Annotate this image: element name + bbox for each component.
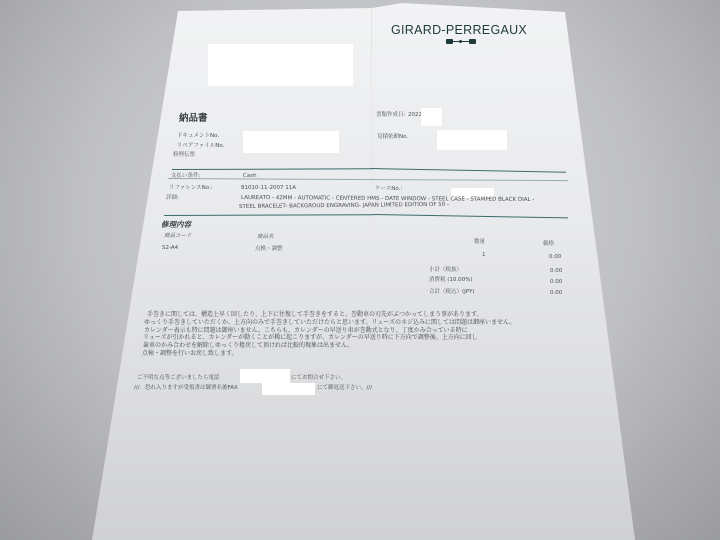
document-title: 納品書 xyxy=(179,110,208,124)
tax-value: 0.00 xyxy=(550,280,562,286)
repair-file-no-label: リペアファイルNo. xyxy=(177,144,224,150)
brand-logo-text: GIRARD-PERREGAUX xyxy=(391,23,527,37)
repair-section-title: 修理内容 xyxy=(161,219,191,230)
total-value: 0.00 xyxy=(550,291,562,297)
phone-contact-suffix: にてお問合せ下さい。 xyxy=(291,376,346,382)
total-label: 合計（税込）(JPY) xyxy=(429,290,474,296)
row-price: 0.00 xyxy=(549,255,561,261)
payment-value: Cash xyxy=(243,174,257,180)
row-code: S2-A4 xyxy=(162,246,178,252)
column-code: 商品コード xyxy=(164,234,192,240)
fax-contact-prefix: /// 恐れ入りますが受領書は御署名後FAX xyxy=(134,386,238,392)
row-qty: 1 xyxy=(482,253,486,259)
note-line: 歯車のかみ合わせを解除しゆっくり捲戻して頂ければ比較的現象は出ません。 xyxy=(143,342,515,350)
redacted-fax xyxy=(262,383,315,395)
redacted-phone xyxy=(240,369,290,383)
details-label: 詳細: xyxy=(166,196,179,202)
subtotal-value: 0.00 xyxy=(550,269,562,275)
fax-contact-suffix: にて御返送下さい。/// xyxy=(317,386,372,392)
column-qty: 数量 xyxy=(474,240,485,246)
case-no-label: ケースNo.: xyxy=(375,187,402,193)
repair-shop-label: 修理伝票 xyxy=(173,153,195,159)
note-line: 手巻きに関しては、構造上早く回したり、上下に往復して手巻きをすると、巻動車の刃先… xyxy=(147,311,515,319)
bridge-logo-icon xyxy=(446,39,476,44)
redacted-document-no xyxy=(243,131,339,153)
column-price: 価格 xyxy=(543,242,554,248)
reference-value: 81010-11-2007 11A xyxy=(241,186,296,192)
column-name: 商品名 xyxy=(257,235,274,241)
notes-paragraph: 手巻きに関しては、構造上早く回したり、上下に往復して手巻きをすると、巻動車の刃先… xyxy=(144,311,515,358)
redacted-shipping-no xyxy=(437,130,507,150)
note-line: ゆっくり手巻きしていただくか、上方向のみで手巻きしていただけたらと思います。リュ… xyxy=(144,319,515,327)
redacted-address xyxy=(208,44,353,86)
note-line: 点検・調整を行いお戻し致します。 xyxy=(142,350,515,358)
payment-label: 支払い条件: xyxy=(171,174,200,180)
subtotal-label: 小計（税抜） xyxy=(429,268,462,274)
reference-label: リファレンスNo.: xyxy=(169,186,213,192)
shipping-no-label: 見積依頼No. xyxy=(377,135,408,141)
redacted-issue-date xyxy=(421,108,442,126)
row-name: 点検・調整 xyxy=(255,247,283,253)
document-no-label: ドキュメントNo. xyxy=(177,134,219,140)
phone-contact-prefix: ご不明な点等ございましたら電話 xyxy=(137,376,220,382)
issue-date-value: 2022 xyxy=(408,113,422,119)
tax-label: 消費税 (10.00%) xyxy=(429,278,473,284)
delivery-slip-paper xyxy=(0,0,720,540)
issue-date-label: 書類作成日: xyxy=(376,113,405,119)
